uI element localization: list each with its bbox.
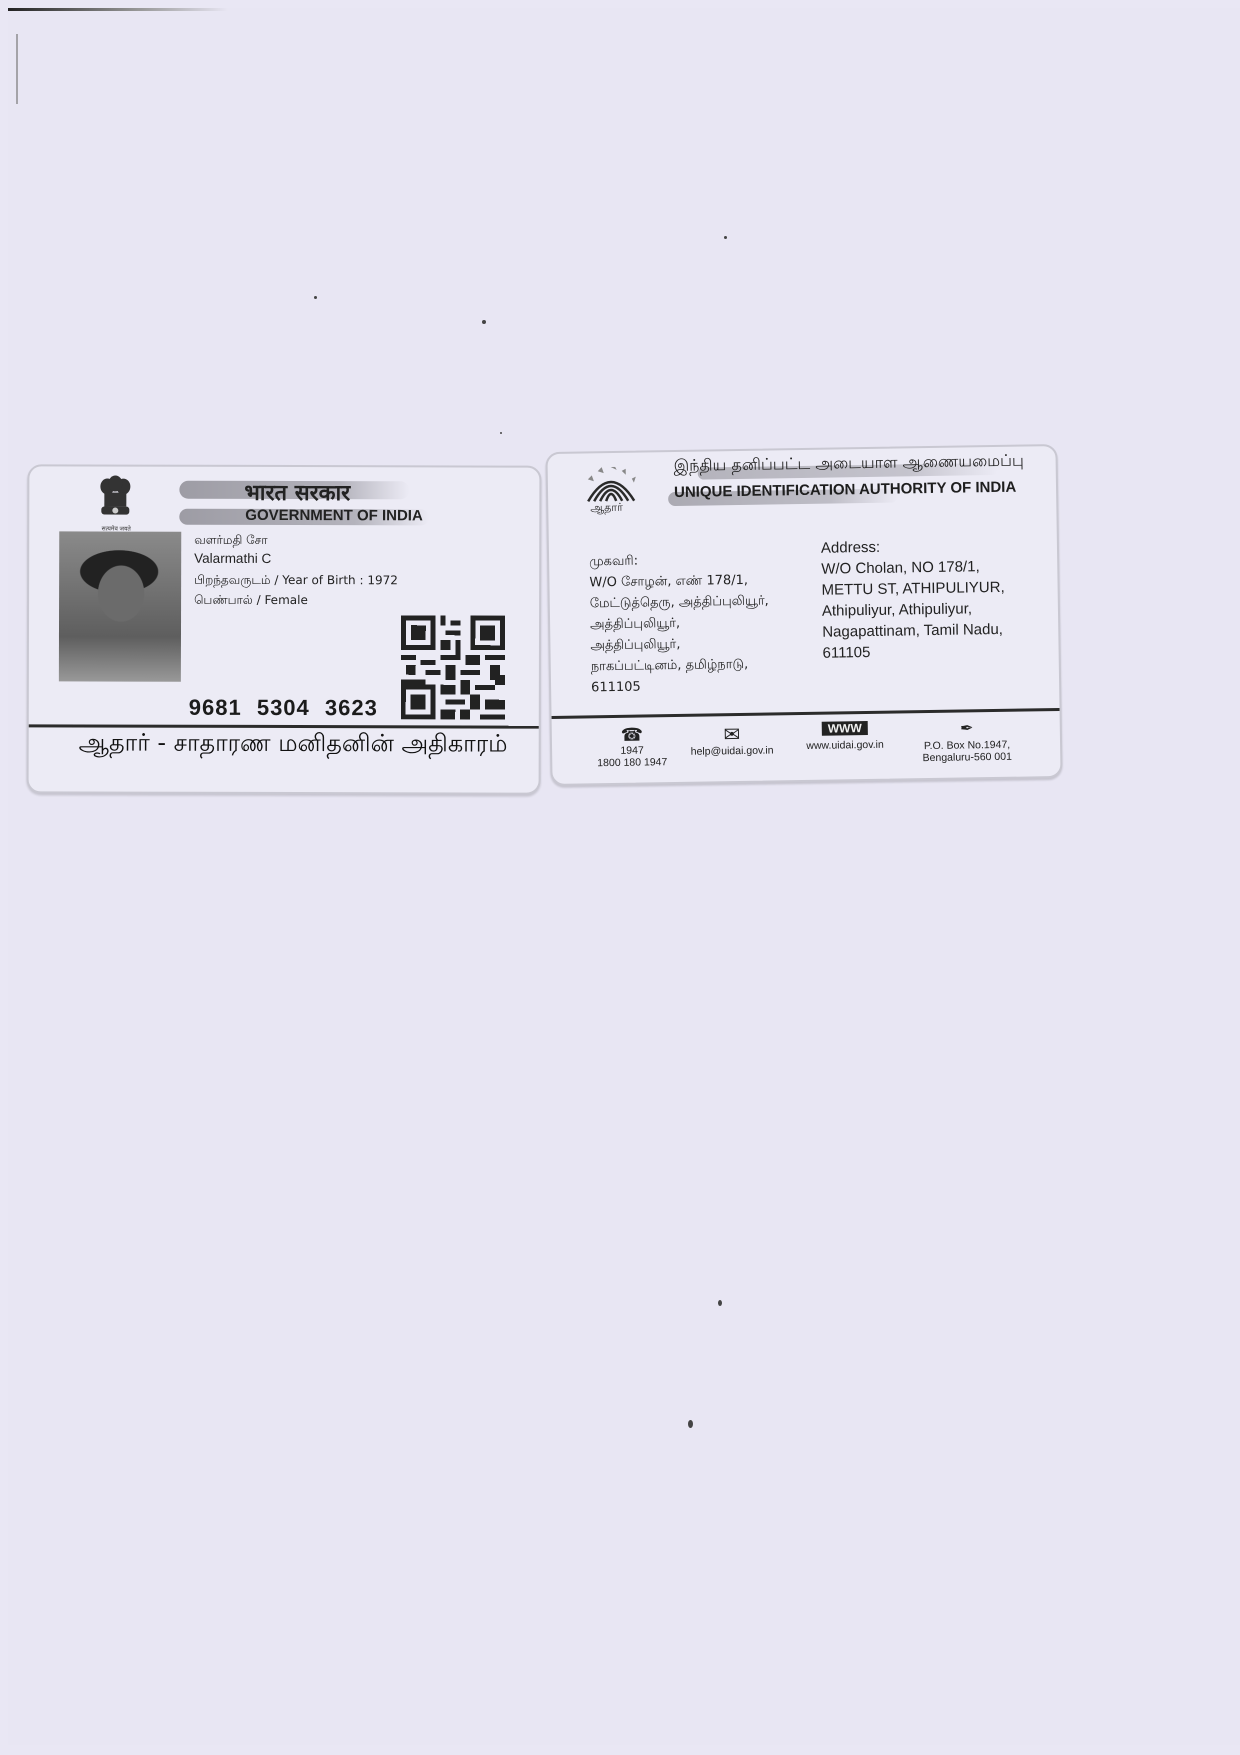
footer-website: WWW www.uidai.gov.in bbox=[790, 721, 900, 753]
scan-speck bbox=[482, 320, 486, 324]
scan-speck bbox=[688, 1420, 693, 1428]
email-address: help@uidai.gov.in bbox=[677, 744, 787, 758]
address-line: METTU ST, ATHIPULIYUR, bbox=[821, 577, 1004, 601]
aadhaar-back-card: ஆதார் இந்திய தனிப்பட்ட அடையாள ஆணையமைப்பு… bbox=[545, 444, 1062, 786]
address-tamil: முகவரி: W/O சோழன், எண் 178/1, மேட்டுத்தெ… bbox=[589, 549, 770, 699]
www-icon: WWW bbox=[822, 721, 868, 736]
aadhaar-front-card: सत्यमेव जयते भारत सरकार GOVERNMENT OF IN… bbox=[27, 464, 542, 794]
address-line: நாகப்பட்டினம், தமிழ்நாடு, bbox=[591, 654, 770, 678]
address-line: அத்திப்புலியூர், bbox=[590, 612, 769, 636]
header-english: GOVERNMENT OF INDIA bbox=[245, 507, 423, 524]
scanned-page bbox=[8, 8, 1240, 1745]
aadhaar-motto: ஆதார் - சாதாரண மனிதனின் அதிகாரம் bbox=[79, 728, 508, 760]
address-line: மேட்டுத்தெரு, அத்திப்புலியூர், bbox=[590, 591, 769, 615]
year-of-birth: பிறந்தவருடம் / Year of Birth : 1972 bbox=[194, 573, 398, 590]
scan-speck bbox=[500, 432, 502, 434]
address-english-label: Address: bbox=[821, 535, 1004, 559]
address-line: W/O Cholan, NO 178/1, bbox=[821, 556, 1004, 580]
scan-speck bbox=[314, 296, 317, 299]
authority-english: UNIQUE IDENTIFICATION AUTHORITY OF INDIA bbox=[674, 479, 1016, 501]
name-english: Valarmathi C bbox=[194, 551, 271, 566]
divider bbox=[552, 708, 1060, 719]
name-tamil: வளர்மதி சோ bbox=[194, 533, 267, 549]
address-english: Address: W/O Cholan, NO 178/1, METTU ST,… bbox=[821, 535, 1006, 664]
address-line: அத்திப்புலியூர், bbox=[590, 633, 769, 657]
telephone-icon: ☎ bbox=[592, 724, 672, 745]
address-line: 611105 bbox=[591, 675, 770, 699]
qr-code-icon bbox=[399, 615, 507, 719]
footer-email: ✉ help@uidai.gov.in bbox=[677, 724, 787, 758]
phone-toll-free: 1800 180 1947 bbox=[592, 756, 672, 769]
address-line: W/O சோழன், எண் 178/1, bbox=[589, 570, 768, 594]
header-hindi: भारत सरकार bbox=[244, 477, 350, 507]
scan-speck bbox=[724, 236, 727, 239]
holder-photo bbox=[59, 531, 181, 681]
pen-nib-icon: ✒ bbox=[907, 719, 1027, 741]
address-line: Nagapattinam, Tamil Nadu, bbox=[822, 619, 1005, 643]
aadhaar-logo-caption: ஆதார் bbox=[590, 501, 623, 517]
address-tamil-label: முகவரி: bbox=[589, 549, 768, 573]
envelope-icon: ✉ bbox=[677, 724, 787, 746]
address-line: 611105 bbox=[822, 640, 1005, 664]
website-url: www.uidai.gov.in bbox=[790, 739, 900, 753]
scan-edge-mark bbox=[16, 34, 18, 104]
footer-postal: ✒ P.O. Box No.1947, Bengaluru-560 001 bbox=[907, 719, 1028, 765]
address-line: Athipuliyur, Athipuliyur, bbox=[822, 598, 1005, 622]
national-emblem-icon bbox=[95, 475, 135, 527]
scan-edge-shadow bbox=[8, 8, 228, 11]
aadhaar-number: 9681 5304 3623 bbox=[189, 695, 378, 721]
gender: பெண்பால் / Female bbox=[194, 593, 308, 609]
scan-speck bbox=[718, 1300, 722, 1306]
po-city: Bengaluru-560 001 bbox=[907, 751, 1027, 765]
footer-phone: ☎ 1947 1800 180 1947 bbox=[592, 724, 673, 769]
